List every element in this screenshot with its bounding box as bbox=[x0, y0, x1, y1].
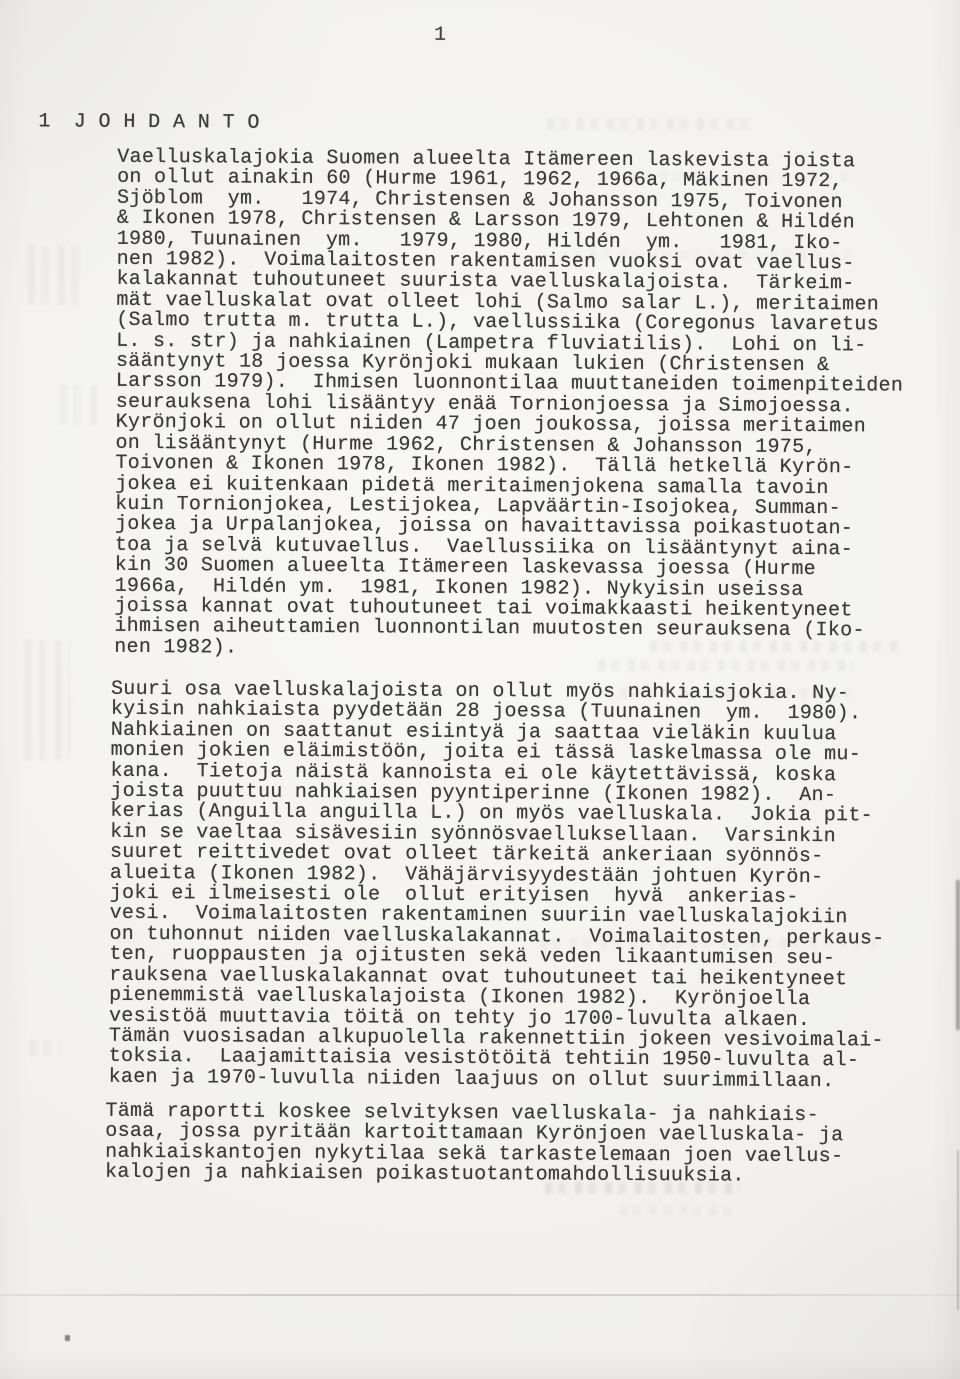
section-heading: 1 J O H D A N T O bbox=[38, 110, 259, 134]
scan-edge-artifact bbox=[957, 1150, 959, 1310]
paragraph-2: Suuri osa vaelluskalajoista on ollut myö… bbox=[109, 680, 887, 1093]
paragraph-1: Vaelluskalajokia Suomen alueelta Itämere… bbox=[114, 148, 904, 663]
section-number: 1 bbox=[38, 110, 50, 133]
page-content: 1 1 J O H D A N T O Vaelluskalajokia Suo… bbox=[0, 0, 960, 1379]
section-title: J O H D A N T O bbox=[74, 111, 260, 135]
paragraph-3: Tämä raportti koskee selvityksen vaellus… bbox=[105, 1102, 844, 1188]
page-number: 1 bbox=[434, 26, 446, 46]
scanned-document-page: 1 1 J O H D A N T O Vaelluskalajokia Suo… bbox=[0, 0, 960, 1379]
